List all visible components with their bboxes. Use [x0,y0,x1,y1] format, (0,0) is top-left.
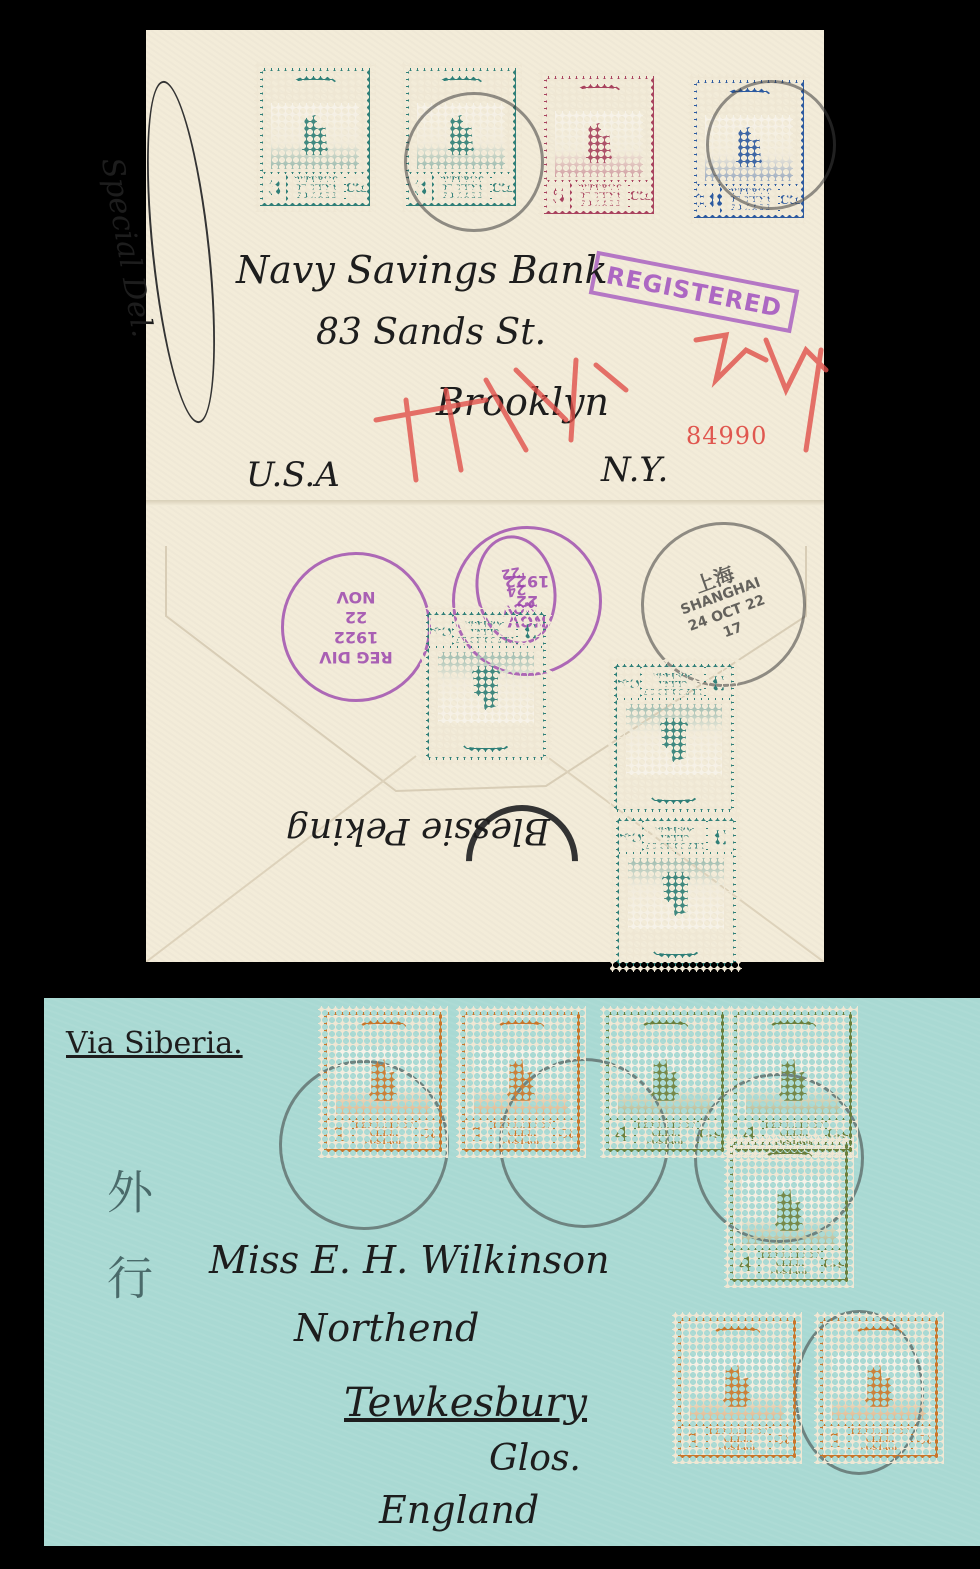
junk-ship-icon [662,872,691,916]
stamp-char-right: 伍 [623,82,649,105]
address-line-1: Navy Savings Bank [236,248,608,292]
stamp-denomination: Cts [697,1120,721,1149]
stamp-char-left: 分 [411,74,437,97]
junk-ship-icon [369,1059,397,1101]
junk-ship-scene [474,1047,568,1114]
stamp-arch [359,1020,407,1040]
stamp-frame: 分 叁 3 REPUBLIC OF CHINA POSTAGE Cts [260,68,370,206]
stamp-arch [497,1020,545,1040]
stamp-inscription: REPUBLIC OF CHINA POSTAGE [644,821,706,852]
junk-ship-icon [472,666,501,710]
stamp-denomination: Cts [429,615,454,646]
junk-ship-icon [302,115,328,156]
stamp-denomination: Cts [821,1250,845,1279]
stamp-value: 5 [547,182,572,211]
stamp-char-left: 分 [265,74,291,97]
stamp-char-right: 叁 [431,729,460,754]
stamp-char-left: 分 [549,82,575,105]
stamp-char-left: 分 [702,935,731,960]
stamp-inscription: REPUBLIC OF CHINA POSTAGE [492,1120,553,1149]
stamp: 分 壹 1 REPUBLIC OF CHINA POSTAGE Ct [814,1312,944,1464]
stamp-char-right: 叁 [621,935,650,960]
stamp-inscription: REPUBLIC OF CHINA POSTAGE [760,1250,821,1279]
stamp-arch [769,1020,817,1040]
stamp-value: 1 [465,1120,492,1149]
junk-ship-icon [660,718,689,762]
junk-ship-icon [723,1365,751,1407]
chinese-note: 外行 [94,1168,160,1340]
stamp-char-left: 分 [700,781,729,806]
junk-ship-scene [438,652,534,723]
stamp-denomination: Ct [415,1120,439,1149]
stamp-value: 4 [609,1120,636,1149]
stamp-frame: 分 肆 4 REPUBLIC OF CHINA POSTAGE Cts [606,1012,724,1152]
stamp-char-left: 分 [683,1324,711,1348]
stamp-inscription: REPUBLIC OF CHINA POSTAGE [288,174,344,203]
junk-ship-scene [618,1047,712,1114]
stamp-inscription: REPUBLIC OF CHINA POSTAGE [850,1426,911,1455]
stamp-inscription: REPUBLIC OF CHINA POSTAGE [354,1120,415,1149]
stamp-frame: 分 壹 1 REPUBLIC OF CHINA POSTAGE Ct [678,1318,796,1458]
stamp-inscription: REPUBLIC OF CHINA POSTAGE [636,1120,697,1149]
stamp-inscription: REPUBLIC OF CHINA POSTAGE [708,1426,769,1455]
address-line-4: Glos. [489,1438,581,1479]
stamp-denomination: Cts [619,821,644,852]
stamp-frame: 分 叁 3 REPUBLIC OF CHINA POSTAGE Cts [616,818,736,966]
stamp: 分 壹 1 REPUBLIC OF CHINA POSTAGE Ct [456,1006,586,1158]
junk-ship-icon [507,1059,535,1101]
red-crayon-marking [366,330,846,500]
stamp-char-right: 壹 [905,1324,933,1348]
junk-ship-scene [626,704,722,775]
stamp-inscription: REPUBLIC OF CHINA POSTAGE [642,667,704,698]
stamp-value: 3 [263,174,288,203]
stamp-arch [650,783,699,804]
stamp-value: 3 [704,667,731,698]
junk-ship-scene [690,1353,784,1420]
stamp-char-right: 肆 [691,1018,719,1042]
registered-cover: Special Del. 分 叁 3 REPUBLIC OF CHINA POS… [146,30,824,962]
chicago-reg-div-postmark: REG DIV192222NOV [281,552,431,702]
stamp-arch [641,1020,689,1040]
stamp-value: 1 [823,1426,850,1455]
stamp-inscription: REPUBLIC OF CHINA POSTAGE [454,615,516,646]
junk-ship-icon [775,1189,803,1231]
sender-signature: Blessie Peking [286,810,550,851]
stamp-denomination: Cts [628,182,651,211]
stamp: 分 叁 3 REPUBLIC OF CHINA POSTAGE Cts [420,606,552,766]
stamp: 分 叁 3 REPUBLIC OF CHINA POSTAGE Cts [254,62,376,212]
stamp-value: 10 [697,186,722,215]
registered-handstamp: REGISTERED [589,251,800,334]
stamp: 分 叁 3 REPUBLIC OF CHINA POSTAGE Cts [608,658,740,818]
stamp: 分 叁 3 REPUBLIC OF CHINA POSTAGE Cts [610,812,742,972]
stamp-char-right: 壹 [763,1324,791,1348]
stamp: 分 肆 4 REPUBLIC OF CHINA POSTAGE Cts [724,1136,854,1288]
stamp-char-right: 壹 [547,1018,575,1042]
front-postmark [404,92,544,232]
stamp-frame: 分 壹 1 REPUBLIC OF CHINA POSTAGE Ct [324,1012,442,1152]
junk-ship-scene [336,1047,430,1114]
stamp-value: 4 [733,1250,760,1279]
stamp-char-left: 分 [512,729,541,754]
stamp-arch [652,937,701,958]
route-note: Via Siberia. [66,1026,243,1061]
junk-ship-scene [832,1353,926,1420]
junk-ship-scene [742,1177,836,1244]
stamp-char-left: 分 [467,1018,495,1042]
stamp-char-left: 分 [739,1018,767,1042]
stamp-char-left: 分 [735,1148,763,1172]
stamp-char-right: 肆 [819,1018,847,1042]
stamp-frame: 分 叁 3 REPUBLIC OF CHINA POSTAGE Cts [614,664,734,812]
stamp-inscription: REPUBLIC OF CHINA POSTAGE [572,182,628,211]
junk-ship-icon [865,1365,893,1407]
stamp-frame: 分 肆 4 REPUBLIC OF CHINA POSTAGE Cts [730,1142,848,1282]
address-line-5: England [379,1488,539,1532]
stamp-arch [462,731,511,752]
stamp-char-right: 壹 [409,1018,437,1042]
stamp-value: 3 [706,821,733,852]
address-line-3: Tewkesbury [344,1380,587,1426]
stamp: 分 壹 1 REPUBLIC OF CHINA POSTAGE Ct [318,1006,448,1158]
stamp-frame: 分 肆 4 REPUBLIC OF CHINA POSTAGE Cts [734,1012,852,1152]
stamp: 分 壹 1 REPUBLIC OF CHINA POSTAGE Ct [672,1312,802,1464]
junk-ship-scene [555,111,642,177]
stamp-arch [293,76,337,96]
blue-cover: Via Siberia. 分 壹 1 REPUBLIC OF CHINA POS… [44,998,980,1546]
junk-ship-icon [586,123,612,164]
stamp: 分 伍 5 REPUBLIC OF CHINA POSTAGE Cts [538,70,660,220]
stamp-value: 1 [327,1120,354,1149]
stamp-char-left: 分 [825,1324,853,1348]
stamp-frame: 分 壹 1 REPUBLIC OF CHINA POSTAGE Ct [820,1318,938,1458]
stamp-char-right: 叁 [339,74,365,97]
stamp-frame: 分 壹 1 REPUBLIC OF CHINA POSTAGE Ct [462,1012,580,1152]
stamp: 分 肆 4 REPUBLIC OF CHINA POSTAGE Cts [600,1006,730,1158]
stamp-denomination: Ct [553,1120,577,1149]
stamp-arch [765,1150,813,1170]
stamp-frame: 分 叁 3 REPUBLIC OF CHINA POSTAGE Cts [426,612,546,760]
stamp-arch [855,1326,903,1346]
stamp-arch [713,1326,761,1346]
stamp-char-right: 肆 [815,1148,843,1172]
junk-ship-icon [779,1059,807,1101]
stamp-char-left: 分 [611,1018,639,1042]
address-line-2: Northend [294,1306,479,1350]
stamp-arch [577,84,621,104]
stamp-denomination: Cts [344,174,367,203]
stamp-denomination: Cts [617,667,642,698]
front-postmark-2 [706,80,836,210]
junk-ship-scene [746,1047,840,1114]
stamp-denomination: Ct [769,1426,793,1455]
junk-ship-scene [628,858,724,929]
address-line-5: U.S.A [246,455,340,495]
stamp-char-left: 分 [329,1018,357,1042]
junk-ship-scene [271,103,358,169]
stamp-value: 1 [681,1426,708,1455]
junk-ship-icon [651,1059,679,1101]
special-delivery-oval [134,78,228,426]
address-line-1: Miss E. H. Wilkinson [209,1238,610,1282]
stamp-char-right: 叁 [619,781,648,806]
stamp-value: 3 [516,615,543,646]
stamp-frame: 分 伍 5 REPUBLIC OF CHINA POSTAGE Cts [544,76,654,214]
stamp-denomination: Ct [911,1426,935,1455]
